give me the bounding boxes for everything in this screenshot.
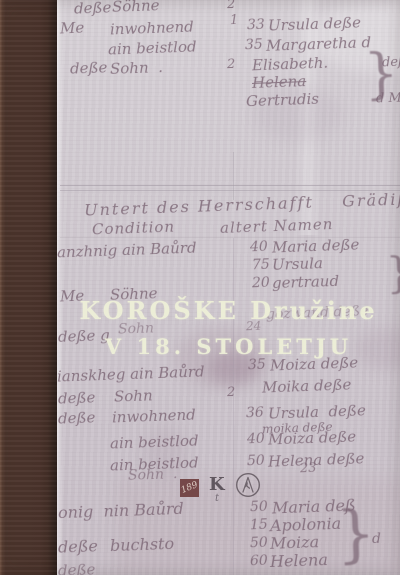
handwriting-fragment: 75 bbox=[252, 258, 270, 274]
book-title-line1: KOROŠKE Družine bbox=[57, 297, 400, 326]
handwriting-layer: deßeSöhne21Meinwohnend33Ursula deßeain b… bbox=[0, 0, 400, 575]
handwriting-fragment: 1 bbox=[230, 14, 239, 29]
handwriting-fragment: 35 bbox=[248, 358, 266, 374]
handwriting-fragment: deß bbox=[382, 56, 400, 71]
academy-monogram-icon bbox=[235, 472, 261, 498]
handwriting-fragment: Me bbox=[60, 20, 85, 37]
handwriting-fragment: onig nin Baůrd bbox=[58, 500, 184, 522]
handwriting-fragment: 20 bbox=[252, 276, 270, 292]
handwriting-fragment: 50 bbox=[250, 536, 268, 552]
handwriting-fragment: 23 bbox=[300, 462, 317, 477]
handwriting-fragment: d M bbox=[376, 92, 400, 107]
k-monogram-mark: t bbox=[215, 493, 219, 504]
handwriting-fragment: deße bbox=[58, 389, 96, 407]
handwriting-fragment: buchsto bbox=[110, 535, 175, 555]
handwriting-fragment: 40 bbox=[247, 432, 265, 448]
handwriting-fragment: d bbox=[372, 532, 382, 548]
handwriting-fragment: deße bbox=[70, 59, 108, 77]
handwriting-fragment: 15 bbox=[250, 518, 268, 534]
handwriting-fragment: Margaretha d bbox=[266, 34, 372, 54]
handwriting-fragment: anzhnig ain Baůrd bbox=[57, 240, 197, 261]
publisher-square-logo-text: 189 bbox=[180, 480, 200, 496]
handwriting-fragment: } bbox=[335, 499, 377, 569]
handwriting-fragment: inwohnend bbox=[110, 19, 194, 38]
handwriting-fragment: deße bbox=[58, 561, 96, 575]
handwriting-fragment: gertraud bbox=[272, 273, 340, 292]
handwriting-fragment: 36 bbox=[246, 406, 264, 422]
publisher-square-logo: 189 bbox=[180, 479, 199, 497]
handwriting-fragment: 2 bbox=[227, 58, 236, 73]
handwriting-fragment: ianskheg ain Baůrd bbox=[57, 363, 205, 385]
handwriting-fragment: 50 bbox=[250, 500, 268, 516]
handwriting-fragment: Söhne bbox=[112, 0, 160, 15]
handwriting-fragment: Helena bbox=[252, 73, 307, 91]
handwriting-fragment: 60 bbox=[250, 554, 268, 570]
handwriting-fragment: Ursula deße bbox=[268, 14, 362, 34]
handwriting-fragment: Ursula deße bbox=[268, 402, 366, 422]
handwriting-fragment: altert Namen bbox=[220, 216, 334, 236]
handwriting-fragment: deße bbox=[58, 537, 98, 556]
handwriting-fragment: 2 bbox=[227, 0, 236, 12]
handwriting-fragment: ain beistlod bbox=[108, 38, 197, 58]
handwriting-fragment: Elisabeth. bbox=[252, 55, 329, 74]
handwriting-fragment: ain beistlod bbox=[110, 432, 199, 452]
handwriting-fragment: Sohn bbox=[114, 387, 153, 405]
handwriting-fragment: Sohn . bbox=[110, 59, 163, 77]
handwriting-fragment: Maria deße bbox=[272, 236, 360, 256]
handwriting-fragment: 33 bbox=[247, 18, 265, 34]
book-title: KOROŠKE Družine V 18. STOLETJU bbox=[57, 297, 400, 359]
handwriting-fragment: Moika deße bbox=[262, 376, 352, 396]
handwriting-fragment: 50 bbox=[247, 454, 265, 470]
handwriting-fragment: Gertrudis bbox=[246, 91, 320, 110]
book-cover-photo: deßeSöhne21Meinwohnend33Ursula deßeain b… bbox=[0, 0, 400, 575]
handwriting-fragment: Ursula bbox=[272, 255, 323, 273]
handwriting-fragment: 35 bbox=[245, 38, 263, 54]
book-title-line2: V 18. STOLETJU bbox=[57, 334, 400, 359]
handwriting-fragment: Condition bbox=[92, 219, 176, 238]
handwriting-fragment: Moiza deße bbox=[268, 428, 357, 448]
handwriting-fragment: 40 bbox=[250, 240, 268, 256]
handwriting-fragment: inwohnend bbox=[112, 407, 196, 426]
handwriting-fragment: Helena bbox=[270, 551, 328, 571]
k-monogram-logo: K bbox=[209, 474, 225, 495]
handwriting-fragment: Sohn . bbox=[128, 467, 178, 484]
handwriting-fragment: 2 bbox=[227, 386, 236, 401]
handwriting-fragment: } bbox=[385, 250, 400, 297]
handwriting-fragment: deße bbox=[74, 0, 112, 17]
handwriting-fragment: Untert des Herrschafft Grädiß bbox=[84, 190, 400, 219]
academy-monogram-logo bbox=[235, 472, 261, 498]
handwriting-fragment: deße bbox=[58, 409, 96, 427]
